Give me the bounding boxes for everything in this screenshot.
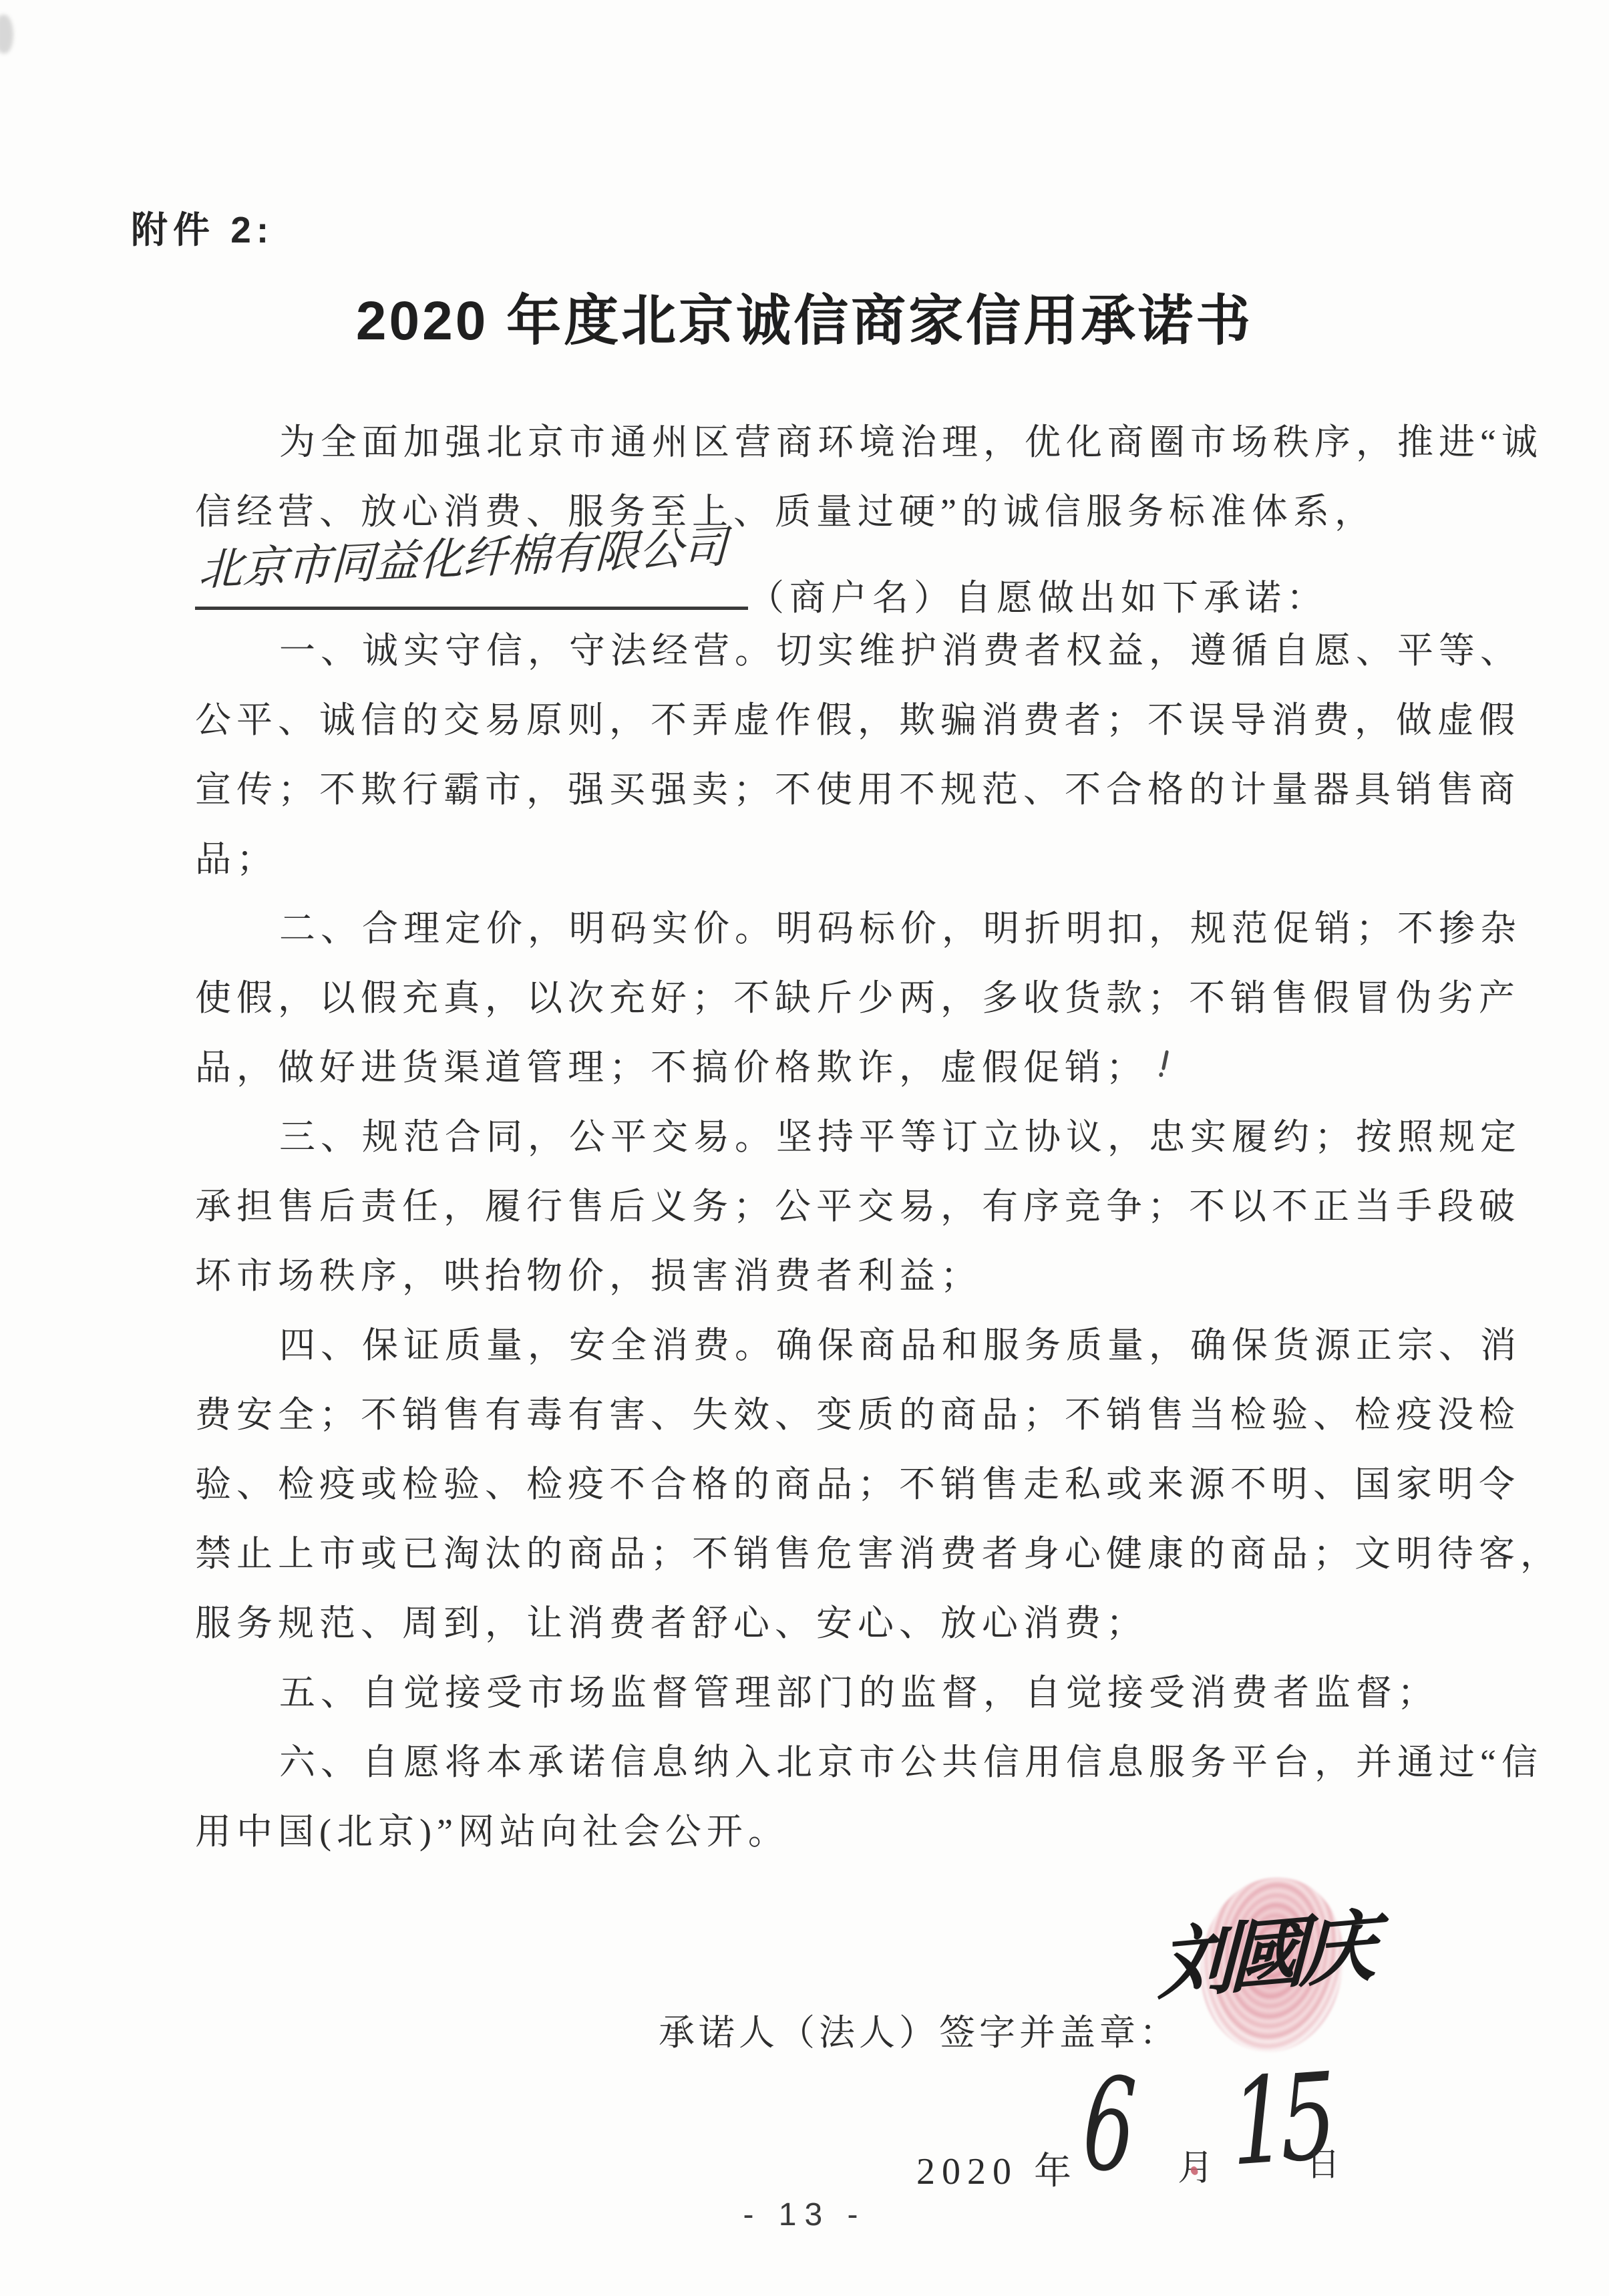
body-line: 承担售后责任，履行售后义务；公平交易，有序竞争；不以不正当手段破: [195, 1172, 1530, 1241]
date-year-printed: 2020 年: [916, 2142, 1078, 2195]
document-title: 2020 年度北京诚信商家信用承诺书: [0, 277, 1609, 355]
body-line: 四、保证质量，安全消费。确保商品和服务质量，确保货源正宗、消: [195, 1311, 1530, 1380]
body-line: 公平、诚信的交易原则，不弄虚作假，欺骗消费者；不误导消费，做虚假: [195, 685, 1530, 755]
body-line: 为全面加强北京市通州区营商环境治理，优化商圈市场秩序，推进“诚: [195, 407, 1530, 477]
attachment-label: 附件 2:: [131, 200, 274, 253]
merchant-name-underline: 北京市同益化纤棉有限公司: [195, 546, 748, 610]
body-line: 使假，以假充真，以次充好；不缺斤少两，多收货款；不销售假冒伪劣产: [195, 963, 1530, 1033]
body-line: 品；: [195, 824, 1530, 894]
merchant-line-suffix: （商户名）自愿做出如下承诺：: [748, 578, 1328, 618]
date-month-label: 月: [1178, 2139, 1214, 2190]
body-line: 五、自觉接受市场监督管理部门的监督，自觉接受消费者监督；: [195, 1658, 1530, 1728]
body-line: 坏市场秩序，哄抬物价，损害消费者利益；: [195, 1241, 1530, 1311]
body-line: 二、合理定价，明码实价。明码标价，明折明扣，规范促销；不掺杂: [195, 894, 1530, 963]
handwritten-month-number: 6: [1080, 2056, 1138, 2193]
body-line: 宣传；不欺行霸市，强买强卖；不使用不规范、不合格的计量器具销售商: [195, 755, 1530, 824]
scan-edge-smudge: [0, 15, 13, 53]
body-line: 六、自愿将本承诺信息纳入北京市公共信用信息服务平台，并通过“信: [195, 1728, 1530, 1797]
date-day-label: 日: [1306, 2138, 1340, 2186]
body-line: 验、检疫或检验、检疫不合格的商品；不销售走私或来源不明、国家明令: [195, 1450, 1530, 1519]
body-line: 禁止上市或已淘汰的商品；不销售危害消费者身心健康的商品；文明待客，: [195, 1519, 1530, 1589]
page-number: - 13 -: [0, 2196, 1609, 2233]
body-line: 一、诚实守信，守法经营。切实维护消费者权益，遵循自愿、平等、: [195, 616, 1530, 685]
body-line: 用中国(北京)”网站向社会公开。: [195, 1797, 1530, 1866]
body-line: 费安全；不销售有毒有害、失效、变质的商品；不销售当检验、检疫没检: [195, 1380, 1530, 1450]
document-body: 为全面加强北京市通州区营商环境治理，优化商圈市场秩序，推进“诚信经营、放心消费、…: [195, 407, 1530, 1866]
body-line: 三、规范合同，公平交易。坚持平等订立协议，忠实履约；按照规定: [195, 1102, 1530, 1172]
merchant-name-line: 北京市同益化纤棉有限公司（商户名）自愿做出如下承诺：: [195, 546, 1530, 616]
body-line: 品，做好进货渠道管理；不搞价格欺诈，虚假促销；: [195, 1033, 1530, 1102]
body-line: 服务规范、周到，让消费者舒心、安心、放心消费；: [195, 1589, 1530, 1658]
scanned-document-page: 附件 2: 2020 年度北京诚信商家信用承诺书 为全面加强北京市通州区营商环境…: [0, 0, 1609, 2296]
handwritten-signature: 刘國庆: [1157, 1884, 1371, 2015]
